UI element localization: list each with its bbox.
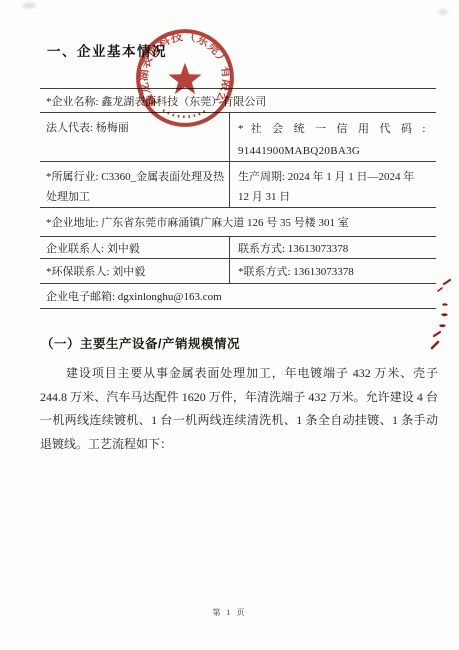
page-number: 第 1 页 [213, 608, 247, 617]
credit-code-label: * 社 会 统 一 信 用 代 码 : [238, 119, 426, 141]
env-contact-phone-cell: *联系方式: 13613073378 [230, 259, 436, 283]
table-row-contact: 企业联系人: 刘中毅 联系方式: 13613073378 [40, 237, 436, 259]
contact-person-cell: 企业联系人: 刘中毅 [40, 237, 230, 258]
table-row-industry-period: *所属行业: C3360_金属表面处理及热处理加工 生产周期: 2024 年 1… [40, 162, 436, 208]
red-ink-marks [428, 278, 458, 362]
company-seal-graphic: 鑫龙湖表面科技（东莞）有限公司 [132, 25, 238, 131]
seal-bottom-dots [163, 110, 207, 117]
section2-title: （一）主要生产设备/产销规模情况 [41, 334, 240, 352]
address-cell: *企业地址: 广东省东莞市麻涌镇广麻大道 126 号 35 号楼 301 室 [40, 208, 436, 236]
contact-phone-cell: 联系方式: 13613073378 [230, 237, 436, 258]
table-row-email: 企业电子邮箱: dgxinlonghu@163.com [40, 284, 436, 309]
seal-star-icon [168, 63, 201, 94]
table-row-company-name: *企业名称: 鑫龙湖表面科技（东莞）有限公司 [40, 89, 436, 113]
credit-code-value: 91441900MABQ20BA3G [238, 141, 426, 163]
env-contact-person-cell: *环保联系人: 刘中毅 [40, 259, 230, 283]
email-cell: 企业电子邮箱: dgxinlonghu@163.com [40, 284, 436, 308]
company-info-table: *企业名称: 鑫龙湖表面科技（东莞）有限公司 法人代表: 杨梅丽 * 社 会 统… [40, 88, 436, 309]
table-row-env-contact: *环保联系人: 刘中毅 *联系方式: 13613073378 [40, 259, 436, 284]
production-paragraph: 建设项目主要从事金属表面处理加工，年电镀端子 432 万米、壳子 244.8 万… [40, 362, 438, 456]
table-row-legal-rep-credit-code: 法人代表: 杨梅丽 * 社 会 统 一 信 用 代 码 : 91441900MA… [40, 113, 436, 162]
credit-code-cell: * 社 会 统 一 信 用 代 码 : 91441900MABQ20BA3G [230, 113, 436, 161]
red-ink-strokes-icon [428, 278, 458, 362]
seal-company-name: 鑫龙湖表面科技（东莞）有限公司 [132, 25, 234, 111]
company-name-cell: *企业名称: 鑫龙湖表面科技（东莞）有限公司 [40, 89, 436, 112]
production-period-cell: 生产周期: 2024 年 1 月 1 日—2024 年 12 月 31 日 [230, 162, 436, 207]
scanned-document-page: 一、企业基本情况 *企业名称: 鑫龙湖表面科技（东莞）有限公司 法人代表: 杨梅… [0, 0, 459, 650]
industry-cell: *所属行业: C3360_金属表面处理及热处理加工 [40, 162, 230, 207]
scan-smudge [22, 3, 36, 8]
page-footer: 第 1 页 [0, 607, 459, 618]
company-seal: 鑫龙湖表面科技（东莞）有限公司 [132, 25, 238, 131]
scan-smudge [438, 9, 448, 15]
table-row-address: *企业地址: 广东省东莞市麻涌镇广麻大道 126 号 35 号楼 301 室 [40, 208, 436, 237]
